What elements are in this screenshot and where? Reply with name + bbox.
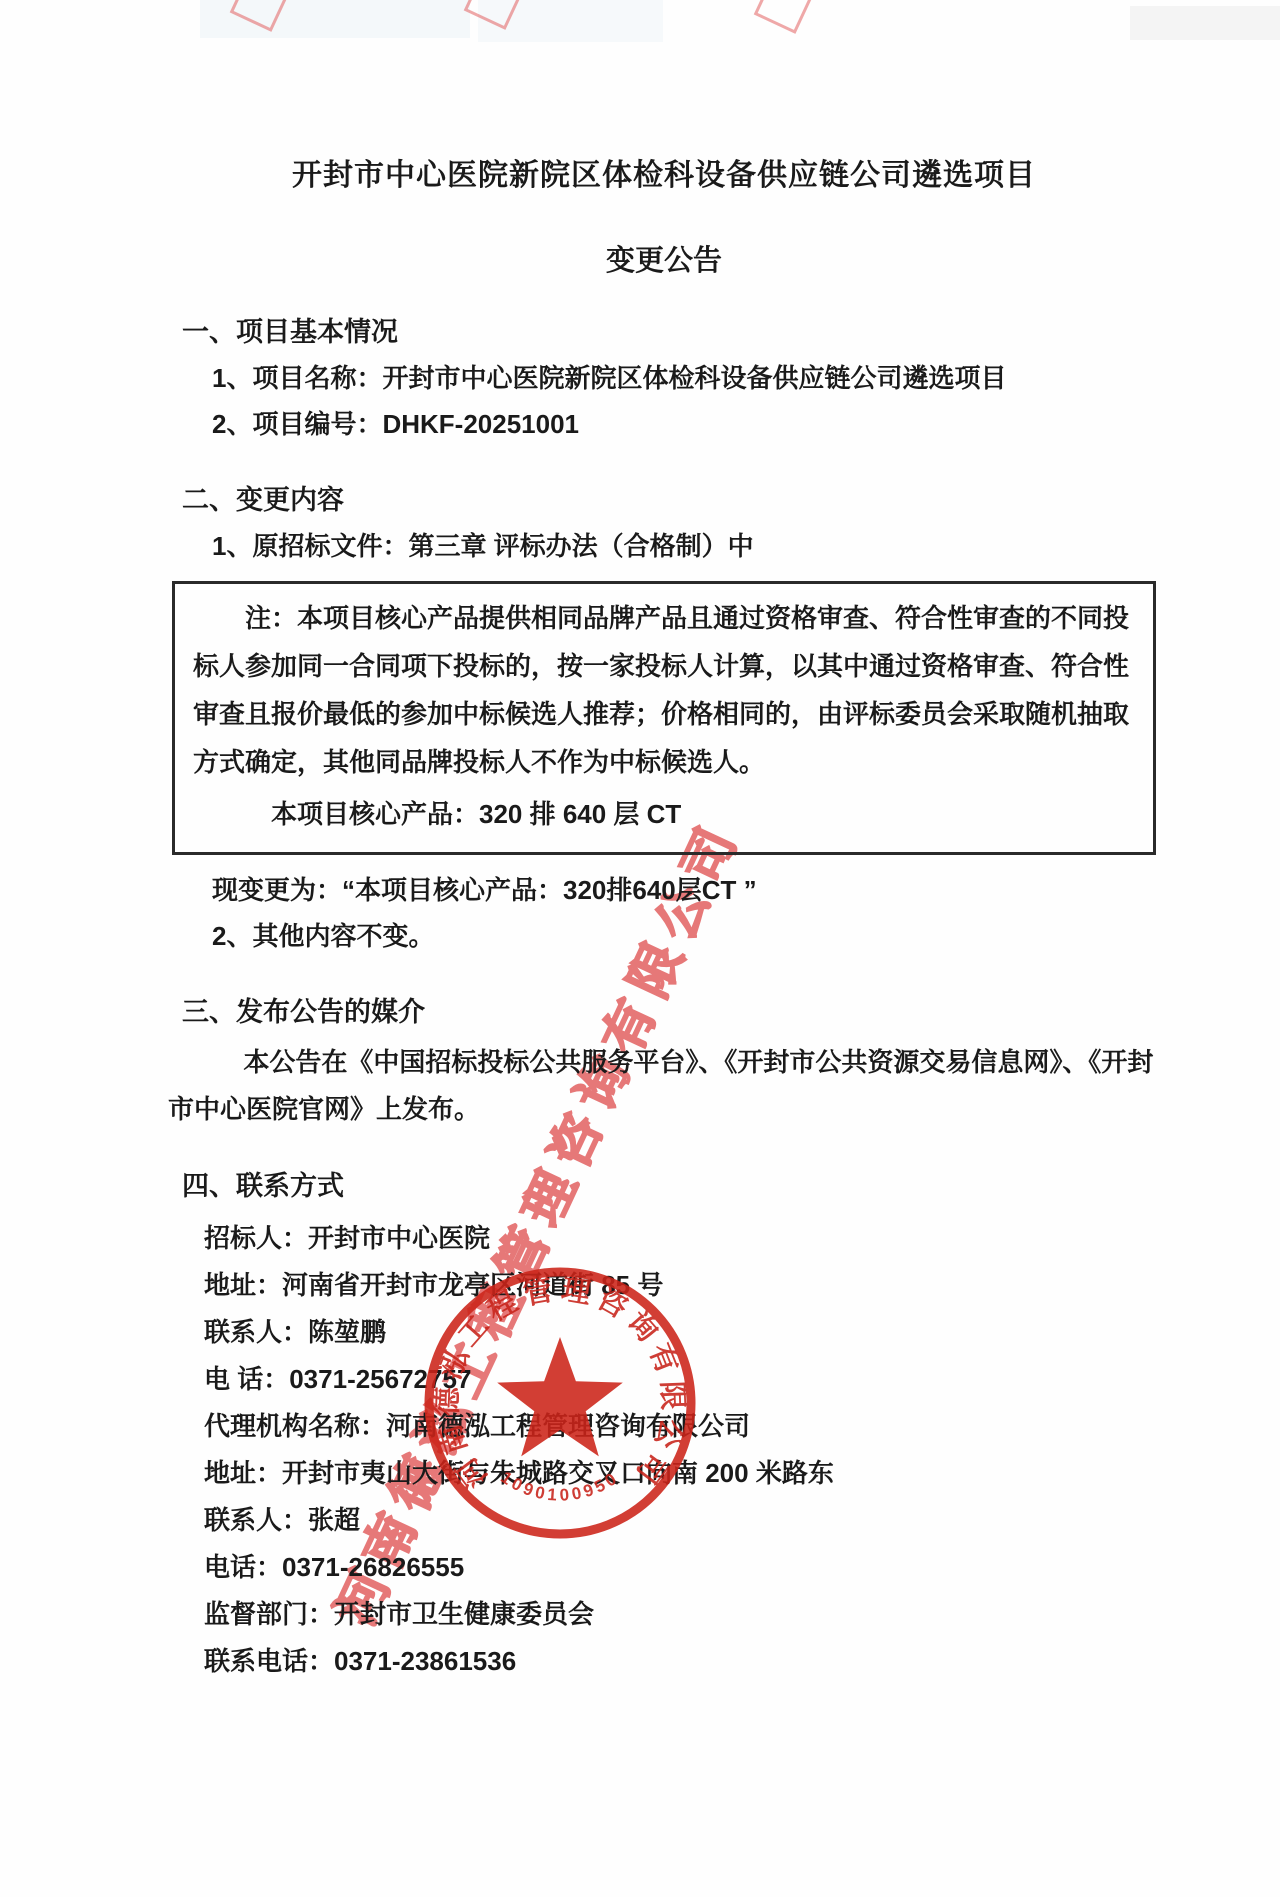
- contact-tenderer-person: 联系人：陈堃鹏: [204, 1309, 1160, 1356]
- notice-box-core-product: 本项目核心产品：320 排 640 层 CT: [193, 790, 1135, 838]
- project-name-line: 1、项目名称：开封市中心医院新院区体检科设备供应链公司遴选项目: [212, 355, 1160, 401]
- notice-box-note: 注：本项目核心产品提供相同品牌产品且通过资格审查、符合性审查的不同投标人参加同一…: [193, 594, 1135, 786]
- other-content-line: 2、其他内容不变。: [212, 913, 1160, 959]
- contact-supervisor: 监督部门：开封市卫生健康委员会: [204, 1591, 1160, 1638]
- contact-tenderer-address: 地址：河南省开封市龙亭区河道街 85 号: [204, 1262, 1160, 1309]
- contact-tenderer-phone: 电 话：0371-25672757: [204, 1356, 1160, 1403]
- contact-supervisor-phone: 联系电话：0371-23861536: [204, 1638, 1160, 1685]
- section-4-heading: 四、联系方式: [182, 1163, 1160, 1209]
- section-1-heading: 一、项目基本情况: [182, 309, 1160, 355]
- changed-to-line: 现变更为：“本项目核心产品：320排640层CT ”: [212, 867, 1160, 913]
- contact-agency-phone: 电话：0371-26826555: [204, 1544, 1160, 1591]
- contact-list: 招标人：开封市中心医院 地址：河南省开封市龙亭区河道街 85 号 联系人：陈堃鹏…: [168, 1215, 1160, 1685]
- document-subtitle: 变更公告: [168, 238, 1160, 279]
- section-2-heading: 二、变更内容: [182, 477, 1160, 523]
- section-3-heading: 三、发布公告的媒介: [182, 989, 1160, 1035]
- notice-box: 注：本项目核心产品提供相同品牌产品且通过资格审查、符合性审查的不同投标人参加同一…: [172, 581, 1156, 855]
- contact-agency-name: 代理机构名称：河南德泓工程管理咨询有限公司: [204, 1403, 1160, 1450]
- publish-media-paragraph: 本公告在《中国招标投标公共服务平台》、《开封市公共资源交易信息网》、《开封市中心…: [168, 1039, 1160, 1133]
- document-title: 开封市中心医院新院区体检科设备供应链公司遴选项目: [168, 150, 1160, 194]
- project-number-line: 2、项目编号：DHKF-20251001: [212, 401, 1160, 447]
- document-page: 河南德泓工程管理咨询有限公司 开封市中心医院新院区体检科设备供应链公司遴选项目 …: [0, 0, 1280, 1897]
- contact-tenderer: 招标人：开封市中心医院: [204, 1215, 1160, 1262]
- contact-agency-address: 地址：开封市夷山大街与朱城路交叉口向南 200 米路东: [204, 1450, 1160, 1497]
- contact-agency-person: 联系人：张超: [204, 1497, 1160, 1544]
- original-bid-doc-line: 1、原招标文件：第三章 评标办法（合格制）中: [212, 523, 1160, 569]
- document-body: 开封市中心医院新院区体检科设备供应链公司遴选项目 变更公告 一、项目基本情况 1…: [0, 0, 1280, 1685]
